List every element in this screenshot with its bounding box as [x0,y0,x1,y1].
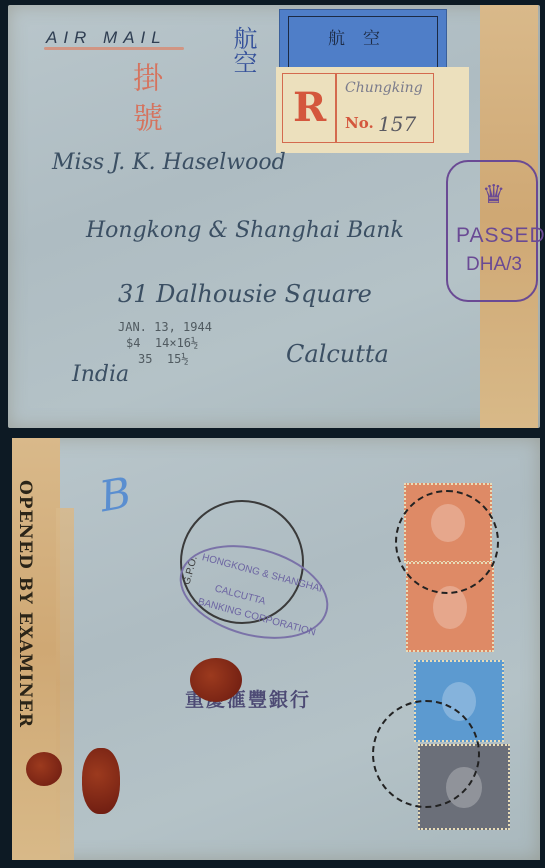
registration-number: 157 [378,112,416,136]
registration-number-prefix: No. [345,114,374,132]
red-underline [44,47,184,50]
pencil-note-line-2: $4 14×16½ [126,336,198,351]
wax-seal-2 [26,752,62,786]
censor-handstamp: ♛ PASSED DHA/3 [446,160,538,302]
registration-label: R Chungking No. 157 [276,67,469,153]
censor-passed-text: PASSED [456,224,545,248]
registration-letter: R [293,84,326,131]
airmail-etiquette-text: 航空 [280,24,446,49]
wax-seal-3 [82,748,120,814]
address-line-4: Calcutta [286,340,389,368]
pencil-note-line-3: 35 15½ [138,352,189,367]
address-line-1: Miss J. K. Haselwood [52,150,286,175]
address-line-5: India [72,362,129,387]
air-mail-handwritten: AIR MAIL [46,28,167,48]
chinese-registered-handwritten: 掛號 [122,62,166,142]
chungking-cancel-2 [372,700,480,808]
address-line-3: 31 Dalhousie Square [118,280,372,308]
opened-by-examiner-text: OPENED BY EXAMINER [15,480,35,728]
crown-icon: ♛ [482,180,505,210]
airmail-etiquette: 航空 [279,9,447,73]
registration-city: Chungking [345,80,423,96]
pencil-note-date: JAN. 13, 1944 [118,320,212,335]
censor-tape-back-fold [56,508,74,860]
chungking-cancel-1 [395,490,499,594]
address-line-2: Hongkong & Shanghai Bank [86,218,404,243]
wax-seal-1 [190,658,242,702]
censor-code: DHA/3 [466,254,522,276]
chinese-airmail-handwritten: 航空 [226,26,261,74]
